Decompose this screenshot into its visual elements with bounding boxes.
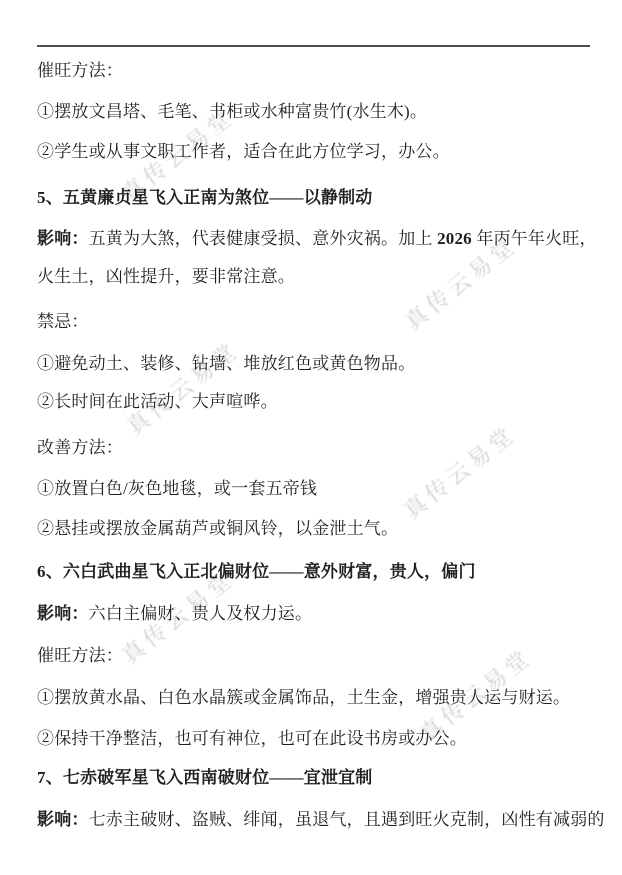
text-segment: 七赤主破财、盗贼、绯闻，虽退气，且遇到旺火克制，凶性有减弱的 (89, 810, 605, 829)
paragraph-4: 5、五黄廉贞星飞入正南为煞位——以静制动 (37, 187, 373, 209)
paragraph-16: ①摆放黄水晶、白色水晶簇或金属饰品，土生金，增强贵人运与财运。 (37, 687, 570, 709)
text-segment: 影响： (37, 604, 89, 623)
text-segment: 火生土，凶性提升，要非常注意。 (37, 267, 295, 286)
paragraph-15: 催旺方法： (37, 645, 123, 667)
text-segment: 改善方法： (37, 438, 123, 457)
paragraph-14: 影响：六白主偏财、贵人及权力运。 (37, 603, 312, 625)
paragraph-18: 7、七赤破军星飞入西南破财位——宜泄宜制 (37, 767, 373, 789)
paragraph-5: 影响：五黄为大煞，代表健康受损、意外灾祸。加上 2026 年丙午年火旺， (37, 228, 597, 250)
text-segment: 6、六白武曲星飞入正北偏财位——意外财富，贵人，偏门 (37, 562, 476, 581)
paragraph-8: ①避免动土、装修、钻墙、堆放红色或黄色物品。 (37, 353, 415, 375)
paragraph-7: 禁忌： (37, 311, 89, 333)
text-segment: 2026 (437, 229, 472, 248)
text-segment: 催旺方法： (37, 61, 123, 80)
paragraph-17: ②保持干净整洁，也可有神位，也可在此设书房或办公。 (37, 728, 467, 750)
text-segment: 五黄为大煞，代表健康受损、意外灾祸。加上 (89, 229, 437, 248)
paragraph-12: ②悬挂或摆放金属葫芦或铜风铃，以金泄土气。 (37, 518, 398, 540)
paragraph-3: ②学生或从事文职工作者，适合在此方位学习，办公。 (37, 141, 450, 163)
text-segment: ②长时间在此活动、大声喧哗。 (37, 392, 278, 411)
text-segment: ②学生或从事文职工作者，适合在此方位学习，办公。 (37, 142, 450, 161)
paragraph-1: 催旺方法： (37, 60, 123, 82)
text-segment: 六白主偏财、贵人及权力运。 (89, 604, 313, 623)
text-segment: 影响： (37, 810, 89, 829)
text-segment: ①摆放黄水晶、白色水晶簇或金属饰品，土生金，增强贵人运与财运。 (37, 688, 570, 707)
text-segment: ①避免动土、装修、钻墙、堆放红色或黄色物品。 (37, 354, 415, 373)
paragraph-19: 影响：七赤主破财、盗贼、绯闻，虽退气，且遇到旺火克制，凶性有减弱的 (37, 809, 605, 831)
document-page: 真传云易堂 真传云易堂 真传云易堂 真传云易堂 真传云易堂 真传云易堂 催旺方法… (0, 0, 622, 875)
text-segment: ②悬挂或摆放金属葫芦或铜风铃，以金泄土气。 (37, 519, 398, 538)
text-segment: 年丙午年火旺， (472, 229, 597, 248)
text-segment: 5、五黄廉贞星飞入正南为煞位——以静制动 (37, 188, 373, 207)
document-body: 催旺方法：①摆放文昌塔、毛笔、书柜或水种富贵竹(水生木)。②学生或从事文职工作者… (0, 0, 622, 875)
paragraph-13: 6、六白武曲星飞入正北偏财位——意外财富，贵人，偏门 (37, 561, 476, 583)
paragraph-9: ②长时间在此活动、大声喧哗。 (37, 391, 278, 413)
text-segment: ①摆放文昌塔、毛笔、书柜或水种富贵竹(水生木)。 (37, 102, 427, 121)
paragraph-11: ①放置白色/灰色地毯，或一套五帝钱 (37, 478, 317, 500)
text-segment: 禁忌： (37, 312, 89, 331)
paragraph-10: 改善方法： (37, 437, 123, 459)
text-segment: ②保持干净整洁，也可有神位，也可在此设书房或办公。 (37, 729, 467, 748)
text-segment: 7、七赤破军星飞入西南破财位——宜泄宜制 (37, 768, 373, 787)
paragraph-6: 火生土，凶性提升，要非常注意。 (37, 266, 295, 288)
text-segment: ①放置白色/灰色地毯，或一套五帝钱 (37, 479, 317, 498)
text-segment: 影响： (37, 229, 89, 248)
text-segment: 催旺方法： (37, 646, 123, 665)
paragraph-2: ①摆放文昌塔、毛笔、书柜或水种富贵竹(水生木)。 (37, 101, 427, 123)
